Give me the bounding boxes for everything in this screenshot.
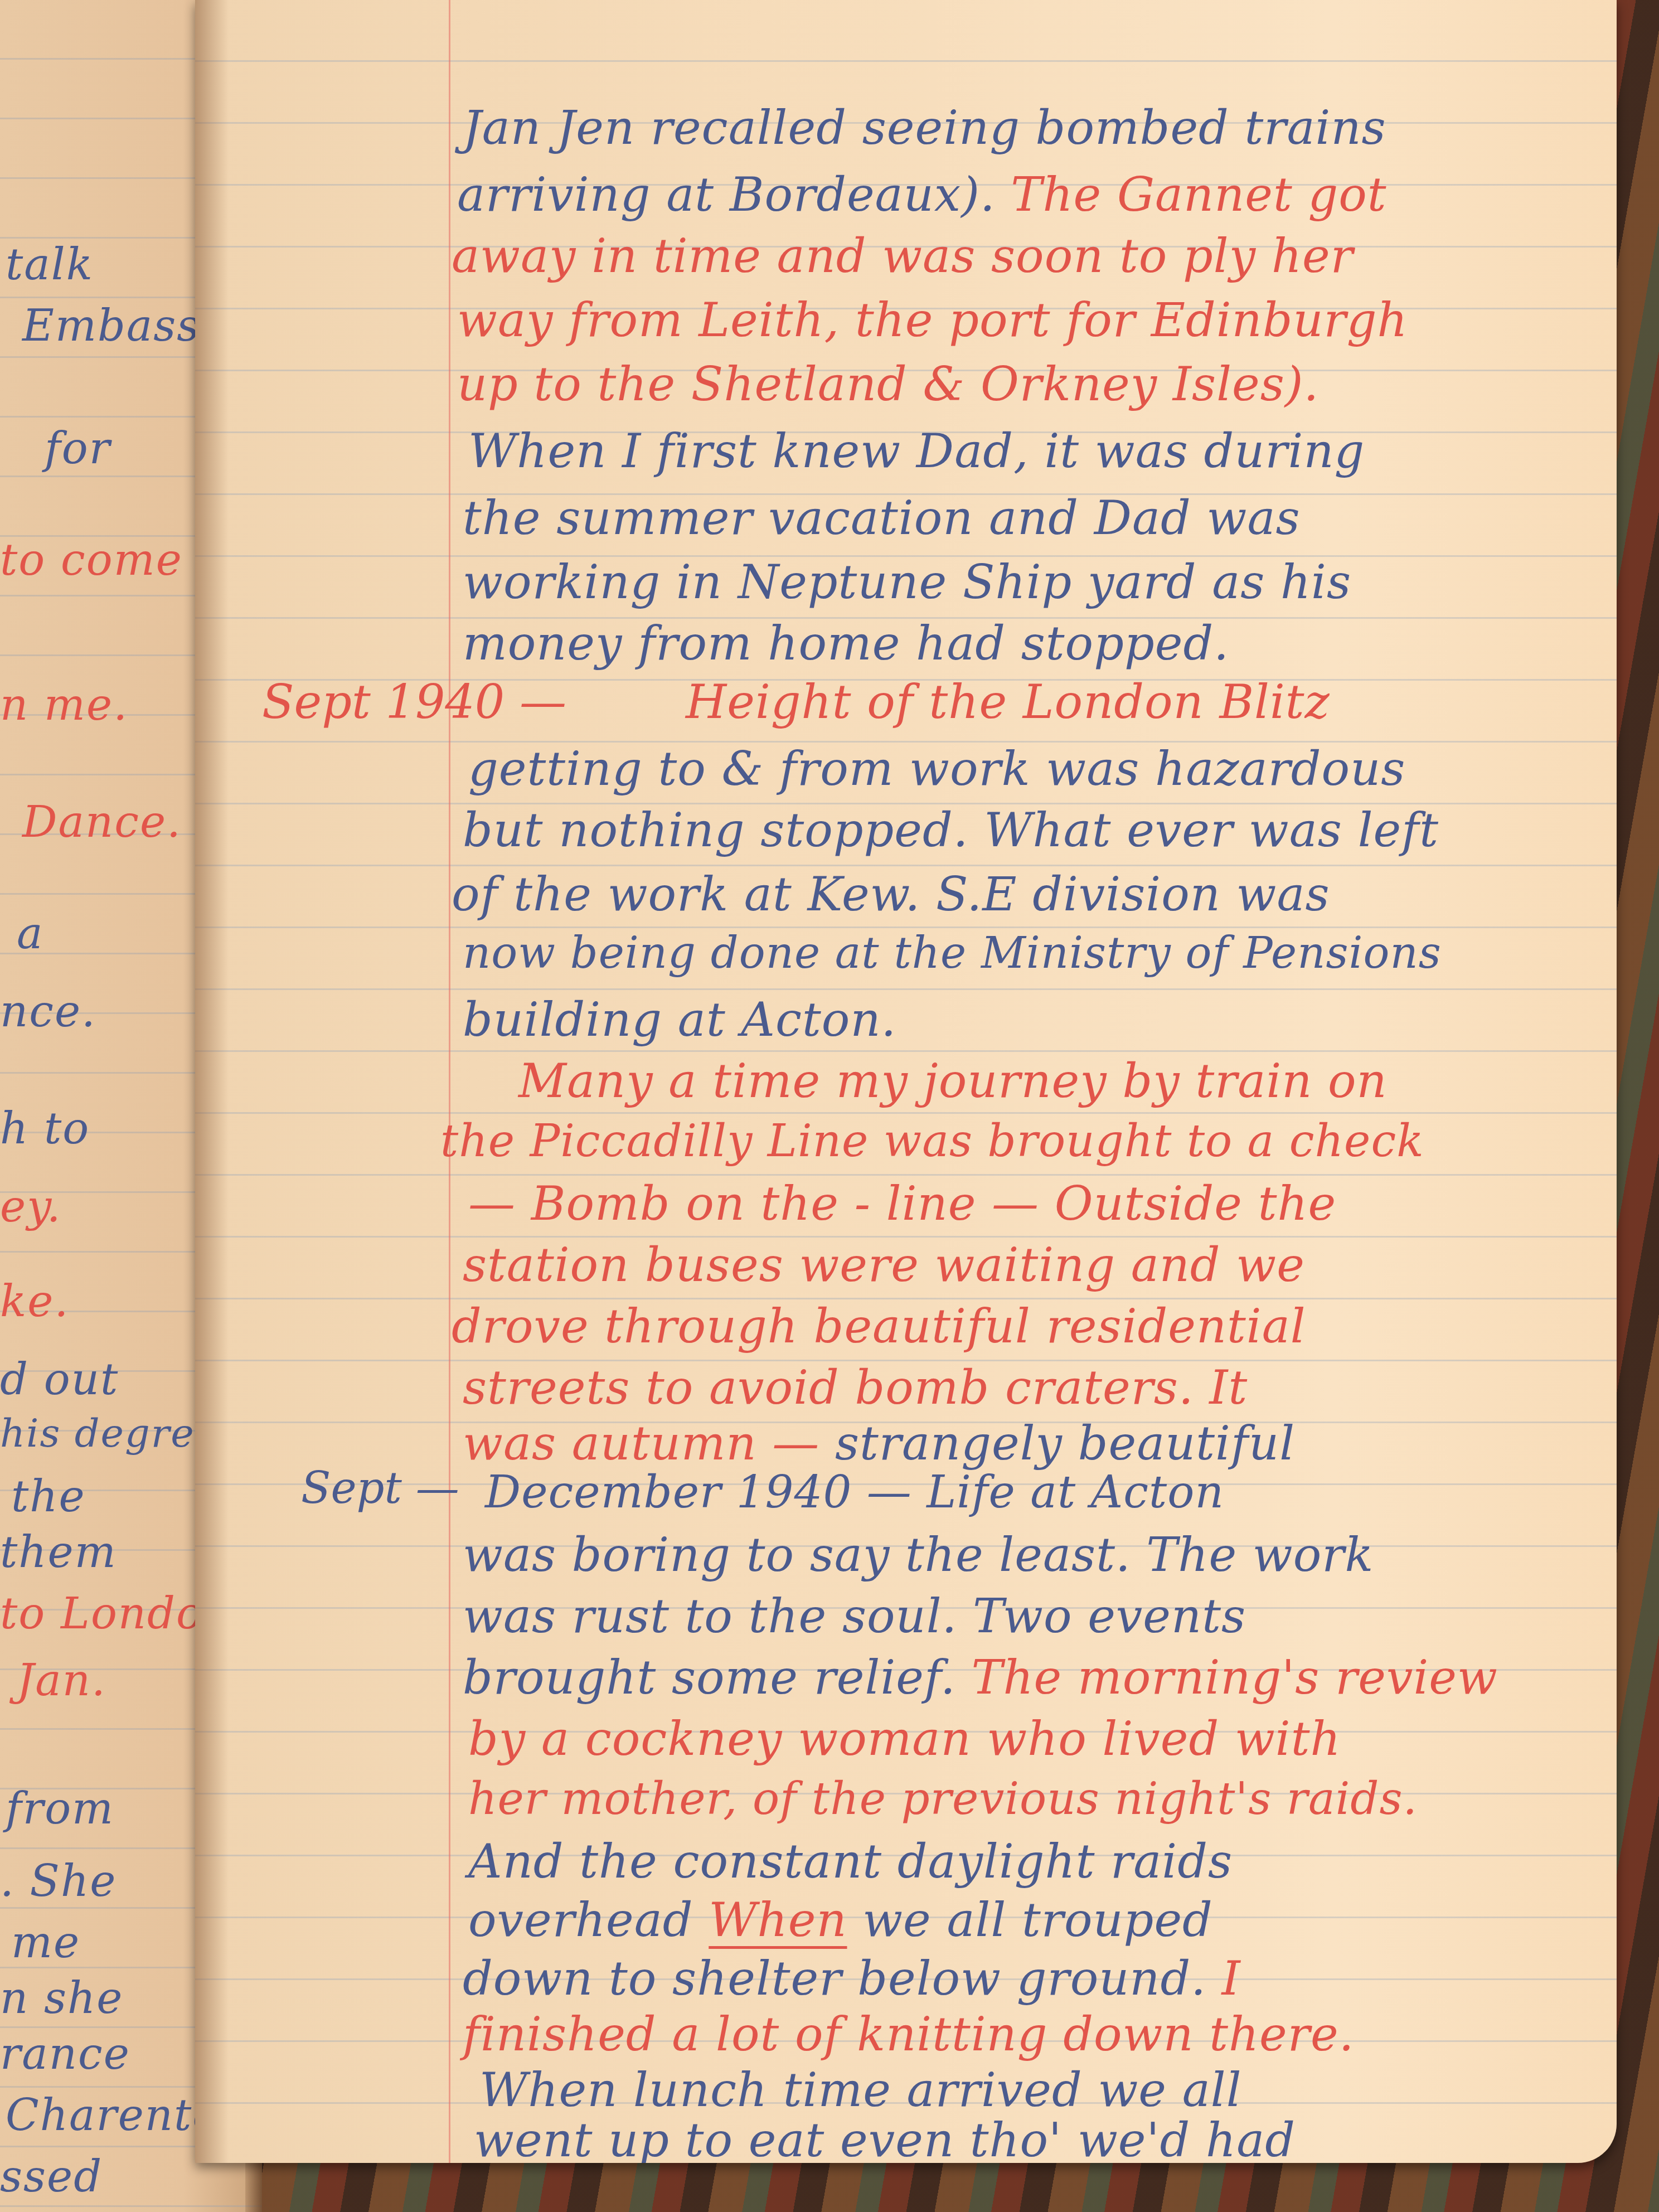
text-line: brought some relief. The morning's revie… <box>463 1650 1498 1705</box>
text-segment: was rust to the soul. Two events <box>463 1589 1246 1643</box>
text-line: her mother, of the previous night's raid… <box>468 1773 1418 1825</box>
right-page: Sept 1940 — Sept — Jan Jen recalled seei… <box>195 0 1617 2163</box>
text-line: but nothing stopped. What ever was left <box>463 803 1439 857</box>
text-segment: When I first knew Dad, it was during <box>468 424 1365 478</box>
text-segment: but nothing stopped. What ever was left <box>463 803 1439 857</box>
underlined-word: When <box>709 1893 847 1947</box>
text-segment: And the constant daylight raids <box>468 1834 1233 1889</box>
text-line: was boring to say the least. The work <box>463 1527 1374 1582</box>
left-fragment: ey. <box>0 1182 62 1232</box>
text-line: the summer vacation and Dad was <box>463 491 1301 545</box>
text-segment: we all trouped <box>847 1893 1213 1947</box>
text-line: of the work at Kew. S.E division was <box>452 867 1330 921</box>
text-line: down to shelter below ground. I <box>463 1951 1241 2006</box>
text-segment: money from home had stopped. <box>463 616 1229 671</box>
left-fragment: n me. <box>0 680 128 730</box>
text-line: way from Leith, the port for Edinburgh <box>457 293 1408 347</box>
text-line: December 1940 — Life at Acton <box>485 1466 1224 1518</box>
text-segment: way from Leith, the port for Edinburgh <box>457 293 1408 347</box>
text-line: overhead When we all trouped <box>468 1893 1213 1947</box>
left-fragment: Dance. <box>22 797 182 847</box>
text-line: away in time and was soon to ply her <box>452 229 1354 283</box>
left-fragment: Charente <box>6 2090 220 2141</box>
text-segment: The Gannet got <box>1011 167 1386 222</box>
text-line: When lunch time arrived we all <box>479 2063 1242 2117</box>
left-fragment: nce. <box>0 987 96 1037</box>
left-fragment: the <box>11 1472 86 1522</box>
margin-date-sept: Sept — <box>301 1463 459 1514</box>
left-fragment: for <box>45 424 111 474</box>
text-line: money from home had stopped. <box>463 616 1229 671</box>
left-fragment: talk <box>6 240 94 290</box>
text-line: drove through beautiful residential <box>452 1299 1306 1354</box>
text-segment: overhead <box>468 1893 709 1947</box>
text-line: station buses were waiting and we <box>463 1238 1305 1292</box>
text-line: Height of the London Blitz <box>686 675 1330 729</box>
text-line: the Piccadilly Line was brought to a che… <box>440 1115 1424 1167</box>
text-line: streets to avoid bomb craters. It <box>463 1360 1248 1415</box>
text-segment: her mother, of the previous night's raid… <box>468 1773 1418 1825</box>
left-fragment: n she <box>0 1973 123 2024</box>
text-segment: strangely beautiful <box>835 1416 1295 1471</box>
margin-date-sept-1940: Sept 1940 — <box>262 675 566 729</box>
text-line: — Bomb on the - line — Outside the <box>468 1176 1336 1231</box>
text-segment: getting to & from work was hazardous <box>468 741 1405 796</box>
text-segment: down to shelter below ground. <box>463 1951 1222 2006</box>
left-fragment: a <box>17 909 44 959</box>
left-fragment: me <box>11 1918 80 1968</box>
text-segment: streets to avoid bomb craters. It <box>463 1360 1248 1415</box>
text-line: building at Acton. <box>463 992 896 1047</box>
text-segment: Jan Jen recalled seeing bombed trains <box>463 100 1386 155</box>
left-fragment: h to <box>0 1104 90 1154</box>
left-fragment: them <box>0 1527 117 1578</box>
left-fragment: ssed <box>0 2152 103 2202</box>
page-gutter-shadow <box>195 0 229 2163</box>
text-line: getting to & from work was hazardous <box>468 741 1405 796</box>
text-line: went up to eat even tho' we'd had <box>474 2113 1296 2163</box>
text-line: by a cockney woman who lived with <box>468 1711 1341 1766</box>
text-segment: station buses were waiting and we <box>463 1238 1305 1292</box>
text-segment: finished a lot of knitting down there. <box>463 2007 1354 2061</box>
text-segment: Many a time my journey by train on <box>518 1054 1388 1108</box>
text-segment: When lunch time arrived we all <box>479 2063 1242 2117</box>
text-segment: the summer vacation and Dad was <box>463 491 1301 545</box>
text-segment: away in time and was soon to ply her <box>452 229 1354 283</box>
text-segment: the Piccadilly Line was brought to a che… <box>440 1115 1424 1167</box>
left-fragment: . She <box>0 1856 117 1907</box>
left-fragment: d out <box>0 1355 119 1405</box>
text-segment: I <box>1222 1951 1241 2006</box>
left-fragment: to come <box>0 535 183 585</box>
left-fragment: Jan. <box>17 1656 106 1706</box>
text-segment: went up to eat even tho' we'd had <box>474 2113 1296 2163</box>
text-segment: by a cockney woman who lived with <box>468 1711 1341 1766</box>
text-segment: arriving at Bordeaux). <box>457 167 1011 222</box>
text-line: was autumn — strangely beautiful <box>463 1416 1295 1471</box>
margin-rule <box>449 0 450 2163</box>
text-segment: was autumn — <box>463 1416 835 1471</box>
text-segment: The morning's review <box>971 1650 1497 1705</box>
text-line: was rust to the soul. Two events <box>463 1589 1246 1643</box>
text-segment: of the work at Kew. S.E division was <box>452 867 1330 921</box>
left-fragment: rance <box>0 2029 130 2079</box>
text-line: working in Neptune Ship yard as his <box>463 555 1351 609</box>
text-segment: building at Acton. <box>463 992 896 1047</box>
text-segment: December 1940 — Life at Acton <box>485 1466 1224 1518</box>
left-fragment: ke. <box>0 1277 69 1327</box>
text-segment: working in Neptune Ship yard as his <box>463 555 1351 609</box>
text-line: Jan Jen recalled seeing bombed trains <box>463 100 1386 155</box>
text-segment: was boring to say the least. The work <box>463 1527 1374 1582</box>
text-line: now being done at the Ministry of Pensio… <box>463 928 1442 978</box>
text-line: Many a time my journey by train on <box>518 1054 1388 1108</box>
left-fragment: from <box>6 1784 114 1834</box>
text-line: finished a lot of knitting down there. <box>463 2007 1354 2061</box>
text-line: up to the Shetland & Orkney Isles). <box>457 357 1319 411</box>
text-segment: Height of the London Blitz <box>686 675 1330 729</box>
text-segment: drove through beautiful residential <box>452 1299 1306 1354</box>
text-line: arriving at Bordeaux). The Gannet got <box>457 167 1387 222</box>
text-line: When I first knew Dad, it was during <box>468 424 1365 478</box>
text-line: And the constant daylight raids <box>468 1834 1233 1889</box>
text-segment: brought some relief. <box>463 1650 971 1705</box>
text-segment: — Bomb on the - line — Outside the <box>468 1176 1336 1231</box>
text-segment: up to the Shetland & Orkney Isles). <box>457 357 1319 411</box>
text-segment: now being done at the Ministry of Pensio… <box>463 928 1442 978</box>
